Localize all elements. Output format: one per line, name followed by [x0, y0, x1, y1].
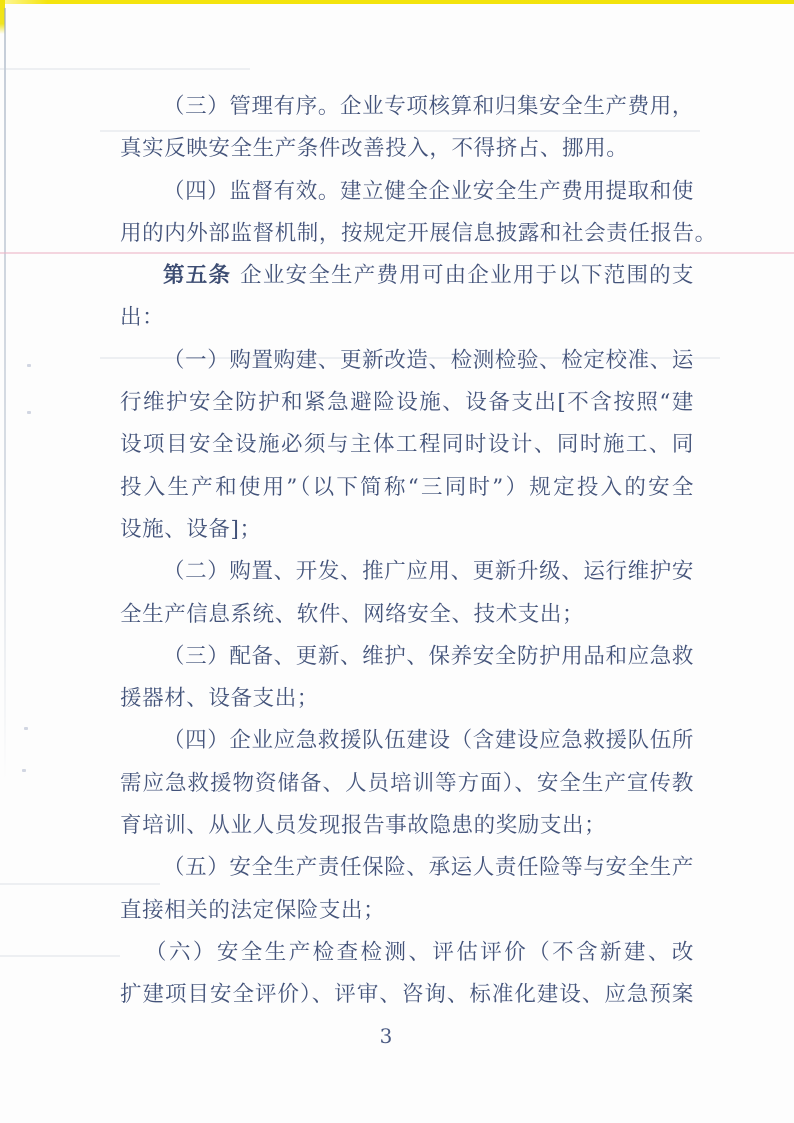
scan-speck [27, 364, 31, 367]
text-line: 直接相关的法定保险支出； [120, 890, 694, 932]
text-line: 扩建项目安全评价）、评审、咨询、标准化建设、应急预案 [120, 974, 694, 1016]
scan-edge-top-yellow [0, 0, 794, 4]
text-line: （四）监督有效。建立健全企业安全生产费用提取和使 [120, 171, 694, 213]
scan-streak [0, 68, 250, 70]
text-line: 投入生产和使用”（以下简称“三同时”）规定投入的安全 [120, 467, 694, 509]
text-line: 设施、设备]； [120, 509, 694, 551]
text-line: （五）安全生产责任保险、承运人责任险等与安全生产 [120, 847, 694, 889]
text-line: （六）安全生产检查检测、评估评价（不含新建、改建、 [120, 932, 694, 974]
text-line: 需应急救援物资储备、人员培训等方面）、安全生产宣传教 [120, 763, 694, 805]
document-page: （三）管理有序。企业专项核算和归集安全生产费用，真实反映安全生产条件改善投入，不… [0, 0, 794, 1123]
scan-speck [27, 411, 31, 414]
text-line: （一）购置购建、更新改造、检测检验、检定校准、运 [120, 340, 694, 382]
text-line: （四）企业应急救援队伍建设（含建设应急救援队伍所 [120, 720, 694, 762]
text-line: 出： [120, 297, 694, 339]
text-line: 全生产信息系统、软件、网络安全、技术支出； [120, 594, 694, 636]
scan-speck [22, 769, 26, 772]
text-line: 行维护安全防护和紧急避险设施、设备支出[不含按照“建 [120, 382, 694, 424]
text-line: 援器材、设备支出； [120, 678, 694, 720]
text-line: （三）配备、更新、维护、保养安全防护用品和应急救 [120, 636, 694, 678]
document-body: （三）管理有序。企业专项核算和归集安全生产费用，真实反映安全生产条件改善投入，不… [120, 86, 694, 1017]
article-text: 企业安全生产费用可由企业用于以下范围的支 [240, 263, 694, 288]
text-line: 育培训、从业人员发现报告事故隐患的奖励支出； [120, 805, 694, 847]
page-number: 3 [366, 1022, 406, 1050]
scan-streak [0, 955, 120, 957]
text-line: 真实反映安全生产条件改善投入，不得挤占、挪用。 [120, 128, 694, 170]
text-line: （二）购置、开发、推广应用、更新升级、运行维护安 [120, 551, 694, 593]
article-number-label: 第五条 [163, 263, 231, 288]
text-line: 设项目安全设施必须与主体工程同时设计、同时施工、同时 [120, 424, 694, 466]
text-line: 用的内外部监督机制，按规定开展信息披露和社会责任报告。 [120, 213, 694, 255]
text-line: 第五条企业安全生产费用可由企业用于以下范围的支 [120, 255, 694, 297]
scan-artifact-vertical-line [4, 8, 6, 780]
scan-speck [24, 727, 28, 730]
text-line: （三）管理有序。企业专项核算和归集安全生产费用， [120, 86, 694, 128]
